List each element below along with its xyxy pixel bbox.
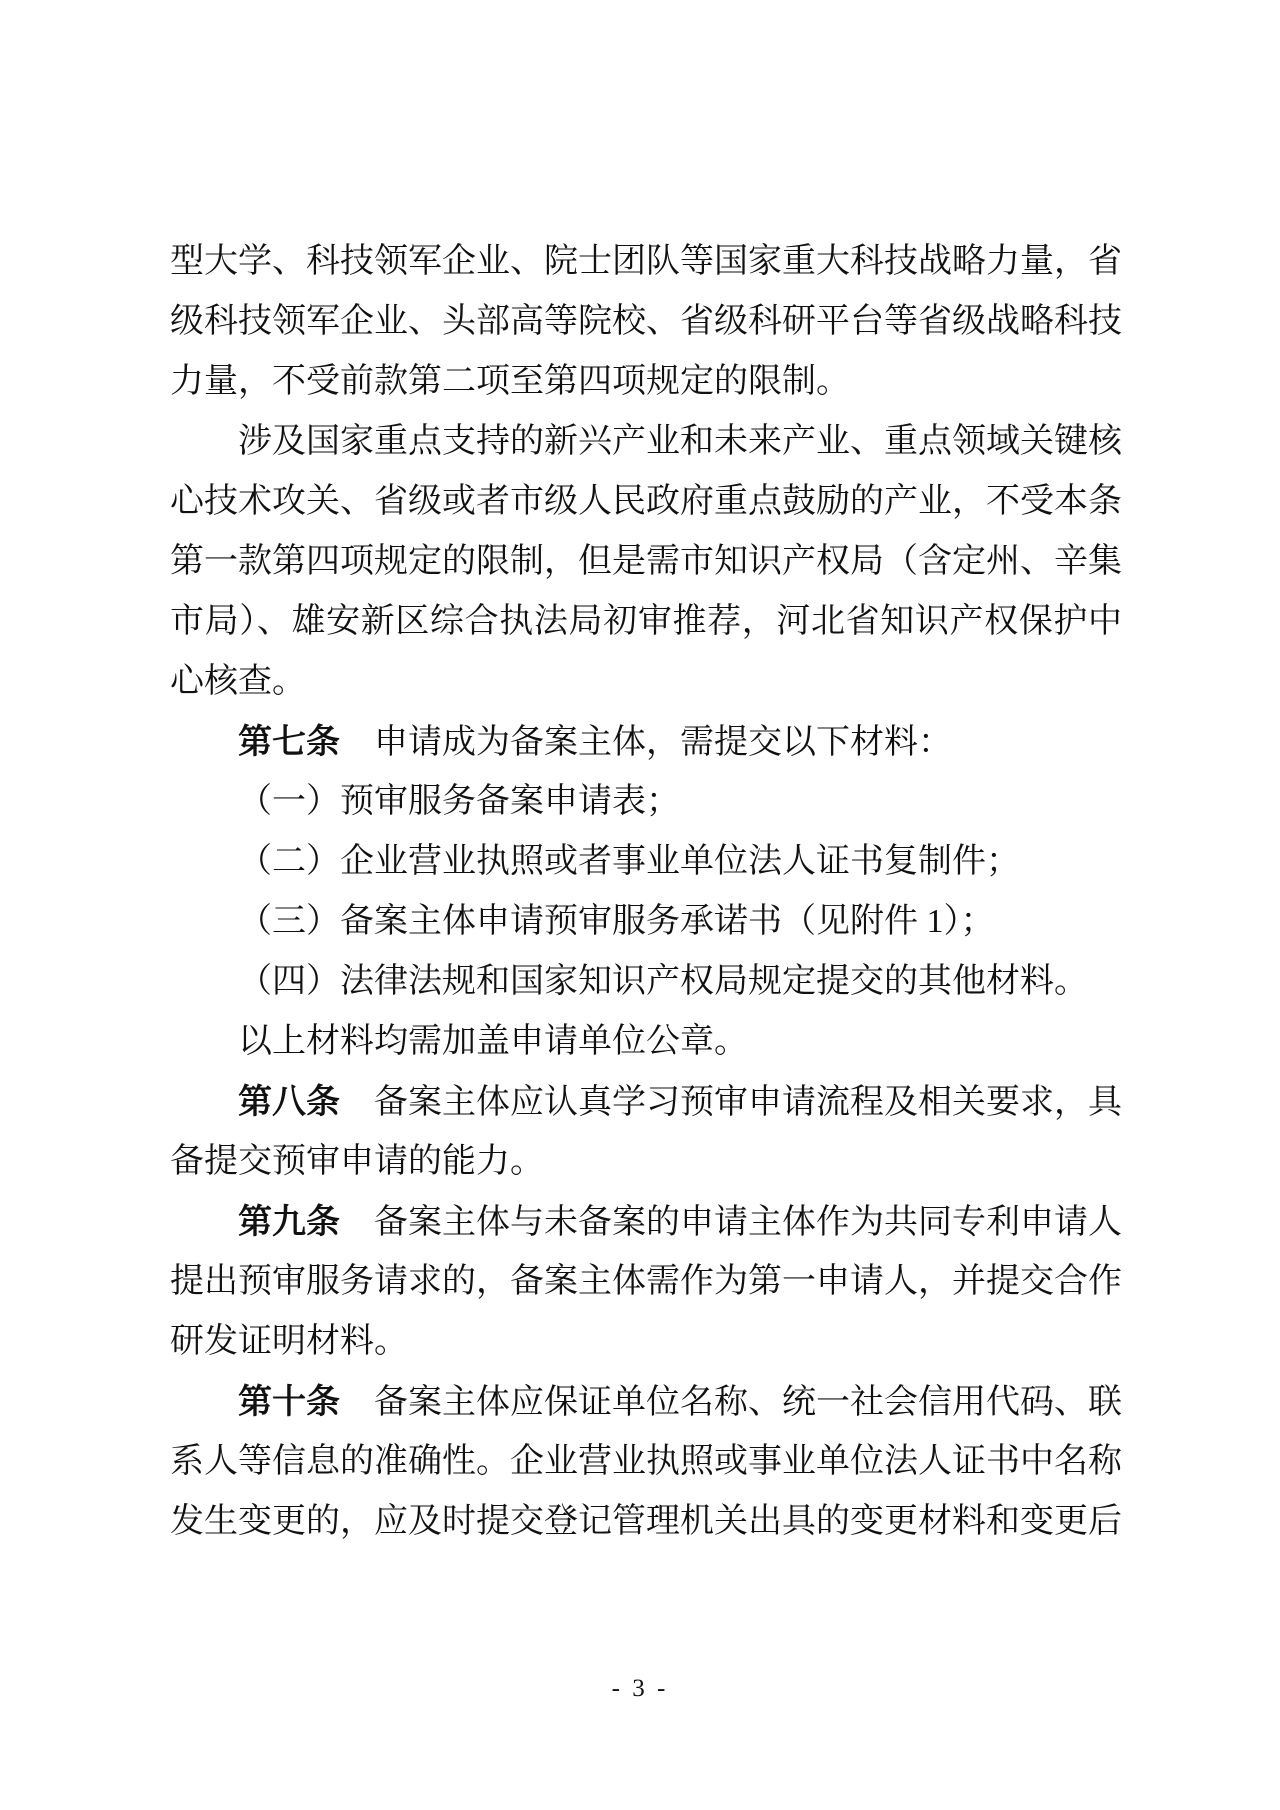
text-line: 系人等信息的准确性。企业营业执照或事业单位法人证书中名称 [170,1432,1122,1492]
text-line: 研发证明材料。 [170,1312,1122,1372]
article-number: 第九条 [238,1203,340,1241]
text-line: （一）预审服务备案申请表； [170,772,1122,832]
text-line: （二）企业营业执照或者事业单位法人证书复制件； [170,832,1122,892]
document-body: 型大学、科技领军企业、院士团队等国家重大科技战略力量，省级科技领军企业、头部高等… [170,232,1122,1552]
text-line: 发生变更的，应及时提交登记管理机关出具的变更材料和变更后 [170,1492,1122,1552]
text-line: 第九条 备案主体与未备案的申请主体作为共同专利申请人 [170,1192,1122,1252]
page-number: - 3 - [0,1672,1280,1706]
article-number: 第七条 [238,723,340,761]
article-number: 第十条 [238,1383,340,1421]
text-line: 第一款第四项规定的限制，但是需市知识产权局（含定州、辛集 [170,532,1122,592]
text-line: 提出预审服务请求的，备案主体需作为第一申请人，并提交合作 [170,1252,1122,1312]
text-line: 第八条 备案主体应认真学习预审申请流程及相关要求，具 [170,1072,1122,1132]
text-line: 以上材料均需加盖申请单位公章。 [170,1012,1122,1072]
text-line: 备提交预审申请的能力。 [170,1132,1122,1192]
text-line: 涉及国家重点支持的新兴产业和未来产业、重点领域关键核 [170,412,1122,472]
text-line: 型大学、科技领军企业、院士团队等国家重大科技战略力量，省 [170,232,1122,292]
text-line: 市局）、雄安新区综合执法局初审推荐，河北省知识产权保护中 [170,592,1122,652]
text-line: 第十条 备案主体应保证单位名称、统一社会信用代码、联 [170,1372,1122,1432]
article-number: 第八条 [238,1083,340,1121]
text-line: 心技术攻关、省级或者市级人民政府重点鼓励的产业，不受本条 [170,472,1122,532]
text-line: 力量，不受前款第二项至第四项规定的限制。 [170,352,1122,412]
text-line: （四）法律法规和国家知识产权局规定提交的其他材料。 [170,952,1122,1012]
text-line: 级科技领军企业、头部高等院校、省级科研平台等省级战略科技 [170,292,1122,352]
document-page: 型大学、科技领军企业、院士团队等国家重大科技战略力量，省级科技领军企业、头部高等… [0,0,1280,1810]
text-line: 第七条 申请成为备案主体，需提交以下材料： [170,712,1122,772]
text-line: （三）备案主体申请预审服务承诺书（见附件 1）； [170,892,1122,952]
text-line: 心核查。 [170,652,1122,712]
